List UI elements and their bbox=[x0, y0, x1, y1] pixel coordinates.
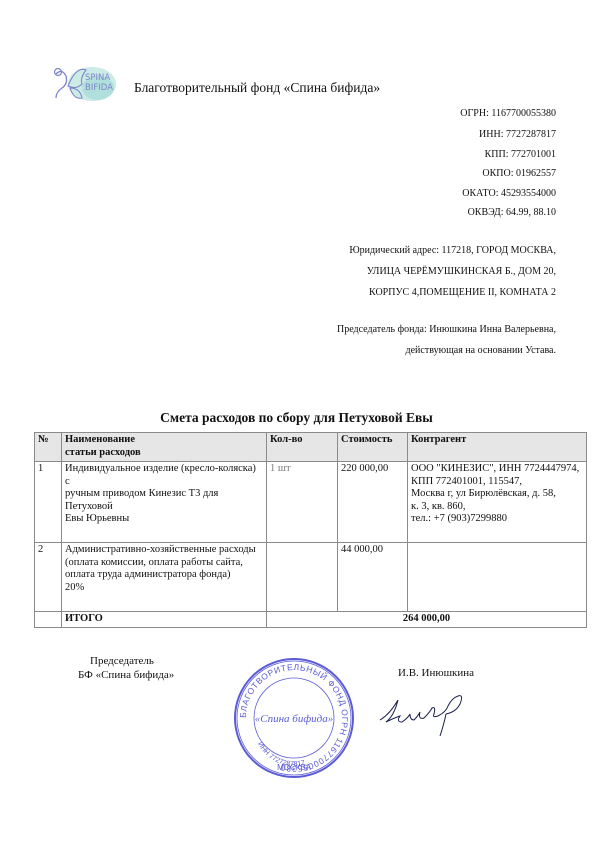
signatory-position: Председатель bbox=[78, 654, 174, 668]
organization-title: Благотворительный фонд «Спина бифида» bbox=[134, 80, 380, 96]
row-item-name: Административно-хозяйственные расходы (о… bbox=[62, 543, 267, 612]
row-quantity: 1 шт bbox=[267, 462, 338, 543]
signatory-title: Председатель БФ «Спина бифида» bbox=[78, 654, 174, 682]
chairman-basis-line: действующая на основании Устава. bbox=[406, 345, 556, 356]
col-item-name: Наименование статьи расходов bbox=[62, 433, 267, 462]
row-number: 2 bbox=[35, 543, 62, 612]
row-cost: 220 000,00 bbox=[338, 462, 408, 543]
col-quantity: Кол-во bbox=[267, 433, 338, 462]
okved: ОКВЭД: 64.99, 88.10 bbox=[468, 207, 556, 218]
chairman-line: Председатель фонда: Инюшкина Инна Валерь… bbox=[337, 324, 556, 335]
row-item-name: Индивидуальное изделие (кресло-коляска) … bbox=[62, 462, 267, 543]
legal-address-line: УЛИЦА ЧЕРЁМУШКИНСКАЯ Б., ДОМ 20, bbox=[367, 266, 556, 277]
estimate-table: № Наименование статьи расходов Кол-во Ст… bbox=[34, 432, 587, 628]
okpo: ОКПО: 01962557 bbox=[482, 168, 556, 179]
okato: ОКАТО: 45293554000 bbox=[462, 188, 556, 199]
estimate-title: Смета расходов по сбору для Петуховой Ев… bbox=[0, 410, 593, 426]
official-stamp: БЛАГОТВОРИТЕЛЬНЫЙ ФОНД ОГРН 116770005538… bbox=[232, 656, 356, 780]
svg-text:МОСКВА: МОСКВА bbox=[277, 763, 311, 772]
svg-text:SPINA: SPINA bbox=[85, 73, 110, 83]
handwritten-signature bbox=[376, 688, 480, 752]
table-row: 2 Административно-хозяйственные расходы … bbox=[35, 543, 587, 612]
kpp: КПП: 772701001 bbox=[485, 149, 556, 160]
row-contractor: ООО "КИНЕЗИС", ИНН 7724447974, КПП 77240… bbox=[408, 462, 587, 543]
legal-address-line: Юридический адрес: 117218, ГОРОД МОСКВА, bbox=[349, 245, 556, 256]
foundation-logo: SPINA BIFIDA bbox=[48, 62, 116, 106]
signatory-name: И.В. Инюшкина bbox=[398, 667, 474, 679]
row-number: 1 bbox=[35, 462, 62, 543]
row-quantity bbox=[267, 543, 338, 612]
table-row: 1 Индивидуальное изделие (кресло-коляска… bbox=[35, 462, 587, 543]
col-cost: Стоимость bbox=[338, 433, 408, 462]
signatory-organization: БФ «Спина бифида» bbox=[78, 668, 174, 682]
table-header-row: № Наименование статьи расходов Кол-во Ст… bbox=[35, 433, 587, 462]
col-number: № bbox=[35, 433, 62, 462]
ogrn: ОГРН: 1167700055380 bbox=[460, 108, 556, 119]
legal-address-line: КОРПУС 4,ПОМЕЩЕНИЕ II, КОМНАТА 2 bbox=[369, 287, 556, 298]
total-label: ИТОГО bbox=[62, 612, 267, 628]
svg-text:«Спина бифида»: «Спина бифида» bbox=[255, 713, 333, 725]
row-contractor bbox=[408, 543, 587, 612]
total-number-cell bbox=[35, 612, 62, 628]
svg-text:BIFIDA: BIFIDA bbox=[85, 83, 113, 93]
total-row: ИТОГО 264 000,00 bbox=[35, 612, 587, 628]
col-contractor: Контрагент bbox=[408, 433, 587, 462]
total-value: 264 000,00 bbox=[267, 612, 587, 628]
row-cost: 44 000,00 bbox=[338, 543, 408, 612]
inn: ИНН: 7727287817 bbox=[479, 129, 556, 140]
